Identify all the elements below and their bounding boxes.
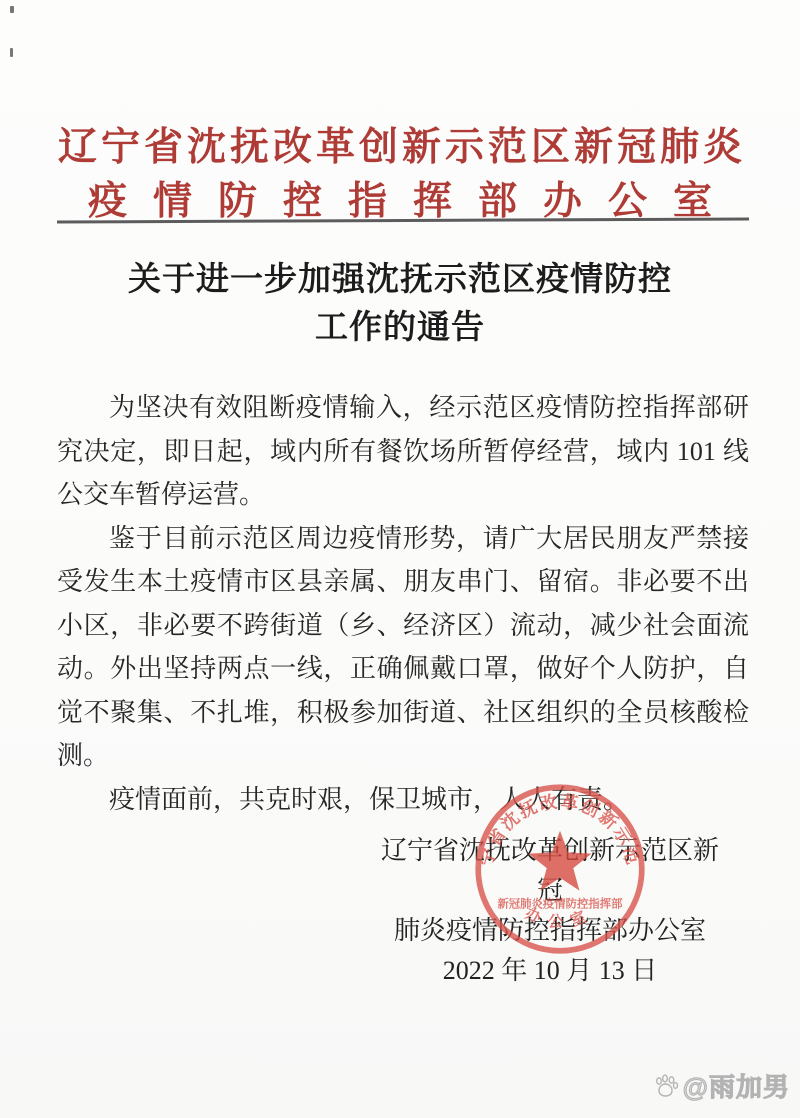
- paw-icon: [653, 1073, 679, 1099]
- paragraph: 鉴于目前示范区周边疫情形势，请广大居民朋友严禁接受发生本土疫情市区县亲属、朋友串…: [57, 517, 749, 778]
- letterhead-line1: 辽宁省沈抚改革创新示范区新冠肺炎: [0, 121, 800, 175]
- paragraph: 疫情面前，共克时艰，保卫城市，人人有责。: [57, 778, 749, 822]
- watermark: @雨加男: [653, 1067, 790, 1104]
- document-title-line2: 工作的通告: [0, 304, 800, 352]
- photo-speck: [10, 48, 13, 57]
- notice-document: 辽宁省沈抚改革创新示范区新冠肺炎 疫情防控指挥部办公室 关于进一步加强沈抚示范区…: [0, 0, 800, 1118]
- document-title-line1: 关于进一步加强沈抚示范区疫情防控: [0, 256, 800, 304]
- signature-org-line1: 辽宁省沈抚改革创新示范区新冠: [380, 831, 720, 911]
- letterhead: 辽宁省沈抚改革创新示范区新冠肺炎 疫情防控指挥部办公室: [0, 121, 800, 229]
- signature-date: 2022 年 10 月 13 日: [380, 951, 720, 991]
- photo-speck: [10, 6, 14, 13]
- signature-block: 辽宁省沈抚改革创新示范区新冠 肺炎疫情防控指挥部办公室 2022 年 10 月 …: [380, 831, 720, 991]
- notice-body: 为坚决有效阻断疫情输入，经示范区疫情防控指挥部研究决定，即日起，域内所有餐饮场所…: [57, 386, 749, 821]
- paragraph: 为坚决有效阻断疫情输入，经示范区疫情防控指挥部研究决定，即日起，域内所有餐饮场所…: [57, 386, 749, 517]
- document-title: 关于进一步加强沈抚示范区疫情防控 工作的通告: [0, 256, 800, 352]
- watermark-handle: @雨加男: [683, 1067, 790, 1104]
- signature-org-line2: 肺炎疫情防控指挥部办公室: [380, 911, 720, 951]
